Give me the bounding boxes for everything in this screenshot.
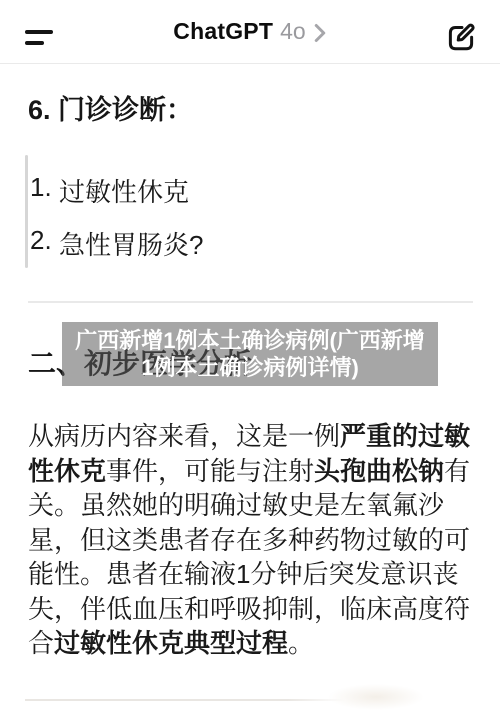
bold-text: 头孢曲松钠	[314, 456, 444, 486]
list-text: 急性胃肠炎?	[59, 225, 203, 262]
plain-text: 。	[288, 628, 314, 658]
smudge-artifact	[328, 684, 424, 710]
app-title: ChatGPT	[173, 18, 273, 45]
bottom-divider	[25, 699, 345, 701]
list-number: 2.	[30, 225, 59, 262]
plain-text: 有	[444, 456, 470, 486]
blockquote-bar	[25, 155, 28, 268]
watermark-text-line: 1例本土确诊病例详情)	[141, 354, 359, 381]
plain-text: 星，但这类患者存在多种药物过敏的可	[28, 525, 470, 555]
paragraph-line: 从病历内容来看，这是一例严重的过敏	[28, 419, 488, 454]
paragraph-line: 合过敏性休克典型过程。	[28, 626, 488, 661]
section-divider	[28, 301, 473, 303]
plain-text: 事件，可能与注射	[106, 456, 314, 486]
plain-text: 从病历内容来看，这是一例	[28, 421, 340, 451]
watermark-overlay: 广西新增1例本土确诊病例(广西新增 1例本土确诊病例详情)	[62, 322, 438, 386]
paragraph-line: 能性。患者在输液1分钟后突发意识丧	[28, 557, 488, 592]
section-heading-outpatient-diagnosis: 6. 门诊诊断：	[28, 88, 193, 127]
new-chat-button[interactable]	[443, 21, 479, 55]
list-item: 2. 急性胃肠炎?	[30, 225, 203, 262]
paragraph-line: 失，伴低血压和呼吸抑制，临床高度符	[28, 592, 488, 627]
paragraph-line: 性休克事件，可能与注射头孢曲松钠有	[28, 454, 488, 489]
watermark-text-line: 广西新增1例本土确诊病例(广西新增	[75, 327, 425, 354]
list-item: 1. 过敏性休克	[30, 172, 189, 209]
chatgpt-mobile-screen: ChatGPT 4o 6. 门诊诊断： 1. 过敏性休克	[0, 0, 500, 712]
bold-text: 严重的过敏	[340, 421, 470, 451]
app-header: ChatGPT 4o	[0, 0, 500, 64]
bold-text: 过敏性休克典型过程	[54, 628, 288, 658]
plain-text: 合	[28, 628, 54, 658]
model-badge: 4o	[280, 18, 306, 45]
bold-text: 性休克	[28, 456, 106, 486]
list-text: 过敏性休克	[59, 172, 189, 209]
chevron-right-icon	[313, 23, 327, 43]
compose-icon	[443, 43, 479, 58]
plain-text: 关。虽然她的明确过敏史是左氧氟沙	[28, 490, 444, 520]
model-selector[interactable]: ChatGPT 4o	[0, 0, 500, 63]
plain-text: 失，伴低血压和呼吸抑制，临床高度符	[28, 594, 470, 624]
list-number: 1.	[30, 172, 59, 209]
paragraph-line: 关。虽然她的明确过敏史是左氧氟沙	[28, 488, 488, 523]
plain-text: 能性。患者在输液1分钟后突发意识丧	[28, 559, 458, 589]
paragraph-line: 星，但这类患者存在多种药物过敏的可	[28, 523, 488, 558]
